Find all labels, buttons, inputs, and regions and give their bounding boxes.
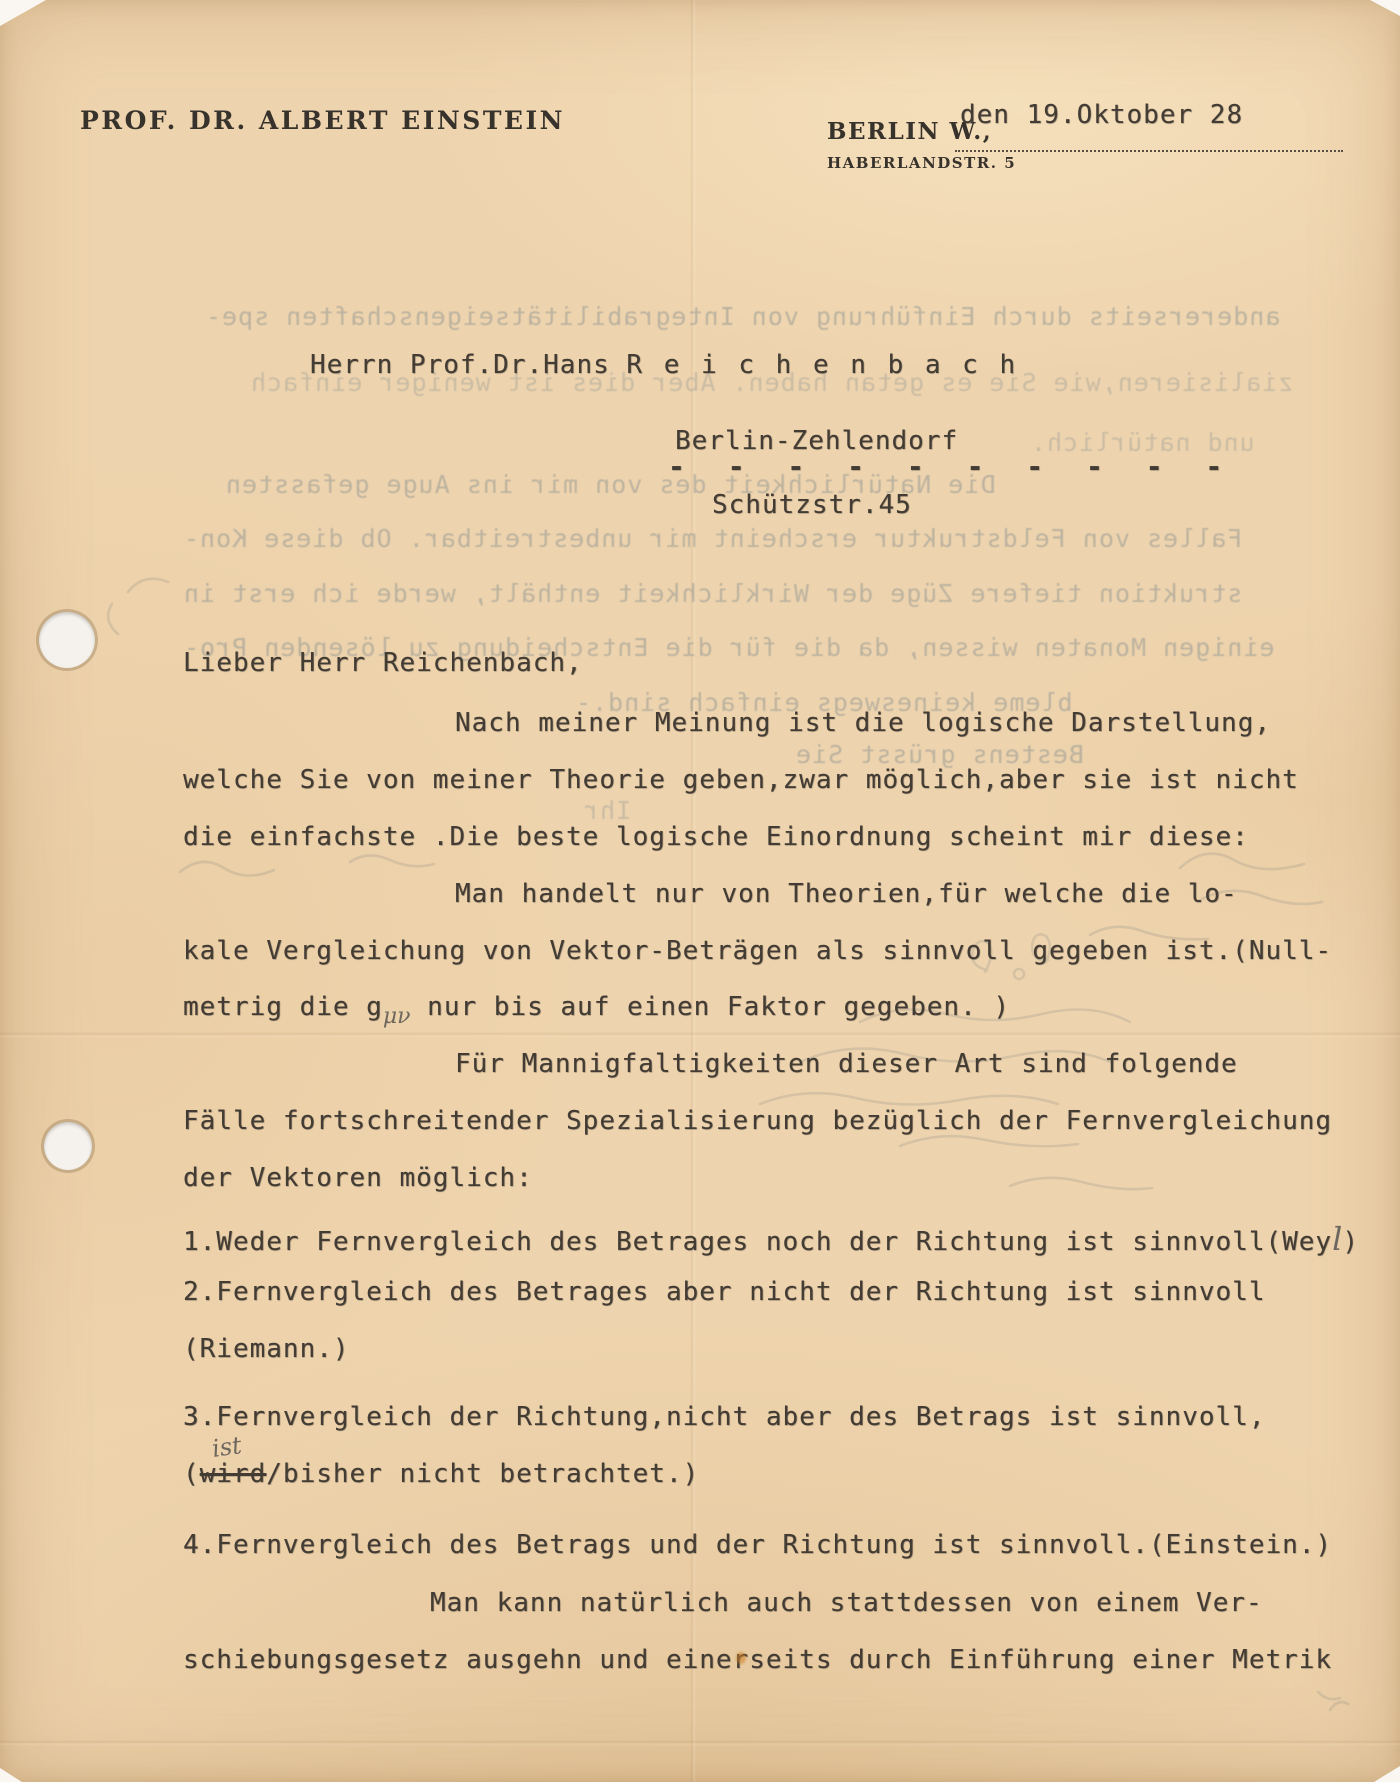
list-item-3: 3.Fernvergleich der Richtung,nicht aber …: [183, 1402, 1265, 1432]
list-item-4: 4.Fernvergleich des Betrags und der Rich…: [183, 1530, 1332, 1560]
body-line: Fälle fortschreitender Spezialisierung b…: [183, 1106, 1332, 1136]
body-line-post: nur bis auf einen Faktor gegeben. ): [411, 992, 1011, 1022]
list-item-2: 2.Fernvergleich des Betrages aber nicht …: [183, 1277, 1265, 1307]
handwritten-ist-correction: ist: [210, 1431, 243, 1463]
punch-hole-bottom: [44, 1122, 92, 1170]
recipient-surname: R e i c h e n b a c h: [626, 350, 1018, 380]
body-line: Man handelt nur von Theorien,für welche …: [455, 879, 1238, 909]
struck-word-wrap: wirdist: [200, 1459, 267, 1489]
list-item-2-paren: (Riemann.): [183, 1334, 350, 1364]
body-line: welche Sie von meiner Theorie geben,zwar…: [183, 765, 1299, 795]
list-item-1: 1.Weder Fernvergleich des Betrages noch …: [183, 1220, 1359, 1258]
body-line: der Vektoren möglich:: [183, 1163, 533, 1193]
list-item-1-text: 1.Weder Fernvergleich des Betrages noch …: [183, 1227, 1332, 1257]
body-line: Man kann natürlich auch stattdessen von …: [430, 1588, 1263, 1618]
struck-word-wird: wird: [200, 1459, 267, 1489]
list-item-1-close: ): [1342, 1227, 1359, 1257]
salutation: Lieber Herr Reichenbach,: [183, 648, 583, 678]
body-line-with-subscript: metrig die gμν nur bis auf einen Faktor …: [183, 992, 1010, 1022]
recipient-title: Herrn Prof.Dr.Hans: [310, 350, 626, 380]
body-line-pre: metrig die g: [183, 992, 383, 1022]
letterhead-name: PROF. DR. ALBERT EINSTEIN: [80, 106, 565, 135]
paren-open: (: [183, 1459, 200, 1489]
paper-stain: [736, 1652, 746, 1664]
body-line: Nach meiner Meinung ist die logische Dar…: [455, 708, 1271, 738]
recipient-underline-dashes: - - - - - - - - - -: [668, 450, 1235, 483]
body-line: die einfachste .Die beste logische Einor…: [183, 822, 1249, 852]
letterhead-street: HABERLANDSTR. 5: [827, 154, 1016, 172]
typed-date: den 19.Oktober 28: [960, 100, 1243, 130]
recipient-name-line: Herrn Prof.Dr.Hans R e i c h e n b a c h: [310, 350, 1018, 380]
letter-scan-page: andererseits durch Einführung von Integr…: [0, 0, 1400, 1782]
body-line: Für Mannigfaltigkeiten dieser Art sind f…: [455, 1049, 1238, 1079]
body-line: schiebungsgesetz ausgehn und einerseits …: [183, 1645, 1332, 1675]
list-item-3-correction: (wirdist/bisher nicht betrachtet.): [183, 1459, 699, 1489]
list-item-3-rest: /bisher nicht betrachtet.): [266, 1459, 699, 1489]
handwritten-mu-nu-subscript: μν: [383, 1004, 411, 1029]
recipient-street: Schützstr.45: [712, 490, 912, 520]
handwritten-letter-l: l: [1332, 1220, 1342, 1258]
body-line: kale Vergleichung von Vektor-Beträgen al…: [183, 936, 1332, 966]
punch-hole-top: [39, 612, 95, 668]
